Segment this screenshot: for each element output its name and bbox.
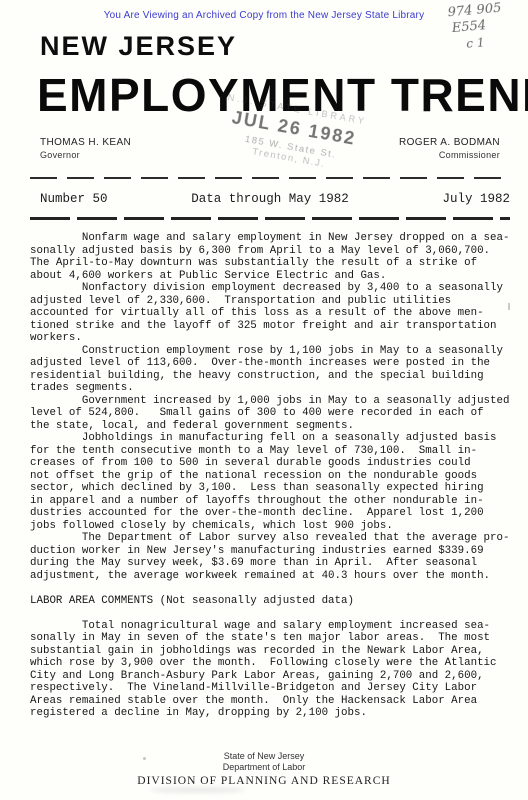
call-number: 974 905 E554 c 1 (434, 0, 518, 54)
footer-state: State of New Jersey (0, 751, 528, 762)
footer-division: DIVISION OF PLANNING AND RESEARCH (0, 775, 528, 787)
governor-block: THOMAS H. KEAN Governor (40, 137, 131, 161)
footer: State of New Jersey Department of Labor … (0, 751, 528, 787)
issue-data-through: Data through May 1982 (30, 192, 510, 206)
governor-title: Governor (40, 149, 131, 161)
paragraph-labor-areas: Total nonagricultural wage and salary em… (30, 620, 516, 720)
document-page: You Are Viewing an Archived Copy from th… (0, 0, 528, 800)
scan-artifact (143, 757, 146, 760)
issue-date: July 1982 (442, 192, 510, 206)
scan-artifact (150, 787, 245, 793)
dashed-divider-top (30, 177, 510, 179)
governor-name: THOMAS H. KEAN (40, 137, 131, 149)
paragraph-nonfactory: Nonfactory division employment decreased… (30, 282, 516, 345)
masthead-title: EMPLOYMENT TRENDS (37, 68, 528, 122)
commissioner-name: ROGER A. BODMAN (399, 137, 500, 149)
footer-department: Department of Labor (0, 762, 528, 773)
scan-artifact (508, 303, 510, 310)
paragraph-manufacturing: Jobholdings in manufacturing fell on a s… (30, 432, 516, 532)
paragraph-construction: Construction employment rose by 1,100 jo… (30, 345, 516, 395)
labor-area-heading: LABOR AREA COMMENTS (Not seasonally adju… (30, 595, 516, 608)
paragraph-government: Government increased by 1,000 jobs in Ma… (30, 395, 516, 433)
stamp-address: 185 W. State St. (186, 124, 395, 171)
dashed-divider-bottom (30, 217, 510, 220)
commissioner-title: Commissioner (399, 149, 500, 161)
issue-info-row: Number 50 Data through May 1982 July 198… (30, 192, 510, 208)
article-body: Nonfarm wage and salary employment in Ne… (30, 232, 516, 720)
commissioner-block: ROGER A. BODMAN Commissioner (399, 137, 500, 161)
stamp-city: Trenton, N.J. (184, 134, 393, 181)
paragraph-nonfarm: Nonfarm wage and salary employment in Ne… (30, 232, 516, 282)
masthead-kicker: NEW JERSEY (40, 31, 237, 62)
paragraph-earnings: The Department of Labor survey also reve… (30, 532, 516, 582)
